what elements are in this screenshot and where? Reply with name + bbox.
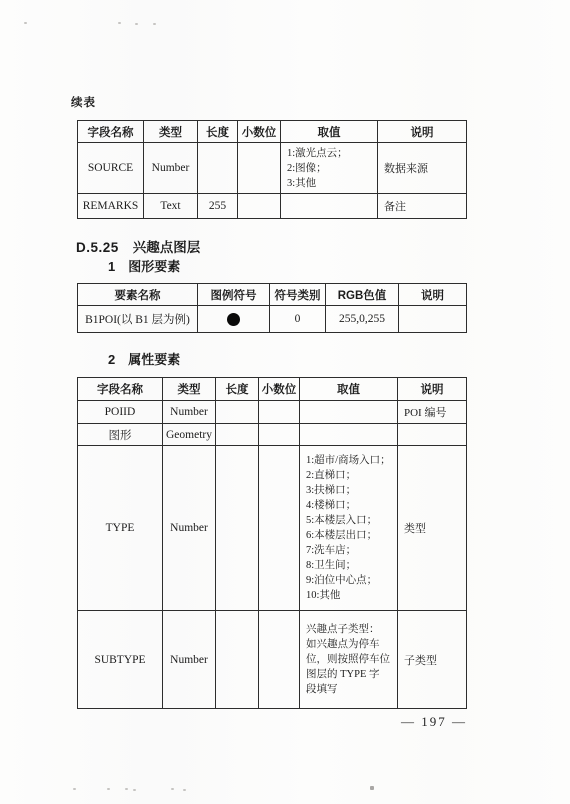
cell-description xyxy=(398,424,467,446)
header-description: 说明 xyxy=(399,284,467,306)
table-row-source: SOURCE Number 1:激光点云； 2:图像； 3:其他 数据来源 xyxy=(78,143,467,194)
cell-field-name: REMARKS xyxy=(78,194,144,219)
header-field-name: 字段名称 xyxy=(78,121,144,143)
cell-values: 1:超市/商场入口； 2:直梯口； 3:扶梯口； 4:楼梯口； 5:本楼层入口；… xyxy=(300,446,398,611)
cell-length xyxy=(198,143,238,194)
cell-type: Number xyxy=(163,611,216,709)
cell-element-name: B1POI(以 B1 层为例) xyxy=(78,306,198,333)
scan-speck xyxy=(135,23,138,25)
scan-speck xyxy=(183,789,186,791)
table-row-poiid: POIID Number POI 编号 xyxy=(78,401,467,424)
cell-type: Number xyxy=(163,401,216,424)
cell-description: 备注 xyxy=(378,194,467,219)
cell-field-name: SOURCE xyxy=(78,143,144,194)
cell-field-name: TYPE xyxy=(78,446,163,611)
cell-field-name: POIID xyxy=(78,401,163,424)
cell-length xyxy=(216,611,259,709)
scan-speck xyxy=(370,786,374,790)
cell-description: 类型 xyxy=(398,446,467,611)
scan-speck xyxy=(107,788,110,790)
scan-speck xyxy=(153,23,156,25)
header-decimals: 小数位 xyxy=(259,378,300,401)
header-symbol-class: 符号类别 xyxy=(270,284,326,306)
cell-decimals xyxy=(259,401,300,424)
document-page: 续表 字段名称 类型 长度 小数位 取值 说明 SOURCE Number 1:… xyxy=(0,0,570,804)
subsection-title: 属性要素 xyxy=(128,352,180,367)
cell-field-name: 图形 xyxy=(78,424,163,446)
header-rgb-value: RGB色值 xyxy=(326,284,399,306)
table-header-row: 字段名称 类型 长度 小数位 取值 说明 xyxy=(78,121,467,143)
filled-circle-icon xyxy=(227,313,240,326)
cell-values xyxy=(300,401,398,424)
attribute-elements-table: 字段名称 类型 长度 小数位 取值 说明 POIID Number POI 编号… xyxy=(77,377,467,709)
table-row-remarks: REMARKS Text 255 备注 xyxy=(78,194,467,219)
scan-speck xyxy=(24,22,27,24)
subsection-title: 图形要素 xyxy=(128,259,180,274)
continued-attribute-table: 字段名称 类型 长度 小数位 取值 说明 SOURCE Number 1:激光点… xyxy=(77,120,467,219)
subsection-number: 2 xyxy=(108,352,115,367)
cell-values xyxy=(281,194,378,219)
table-header-row: 要素名称 图例符号 符号类别 RGB色值 说明 xyxy=(78,284,467,306)
cell-type: Number xyxy=(163,446,216,611)
page-number: — 197 — xyxy=(398,714,470,730)
scan-speck xyxy=(125,788,128,790)
cell-field-name: SUBTYPE xyxy=(78,611,163,709)
cell-symbol-class: 0 xyxy=(270,306,326,333)
cell-rgb-value: 255,0,255 xyxy=(326,306,399,333)
cell-legend-symbol xyxy=(198,306,270,333)
header-type: 类型 xyxy=(144,121,198,143)
header-length: 长度 xyxy=(216,378,259,401)
header-type: 类型 xyxy=(163,378,216,401)
graphic-elements-table: 要素名称 图例符号 符号类别 RGB色值 说明 B1POI(以 B1 层为例) … xyxy=(77,283,467,333)
header-legend-symbol: 图例符号 xyxy=(198,284,270,306)
cell-values xyxy=(300,424,398,446)
header-decimals: 小数位 xyxy=(238,121,281,143)
header-values: 取值 xyxy=(281,121,378,143)
scan-speck xyxy=(133,789,136,791)
table-header-row: 字段名称 类型 长度 小数位 取值 说明 xyxy=(78,378,467,401)
cell-decimals xyxy=(259,446,300,611)
cell-type: Text xyxy=(144,194,198,219)
header-field-name: 字段名称 xyxy=(78,378,163,401)
cell-type: Geometry xyxy=(163,424,216,446)
header-description: 说明 xyxy=(378,121,467,143)
section-number: D.5.25 xyxy=(76,240,119,255)
subsection-heading-graphic: 1图形要素 xyxy=(108,256,180,275)
cell-length xyxy=(216,446,259,611)
table-row-type: TYPE Number 1:超市/商场入口； 2:直梯口； 3:扶梯口； 4:楼… xyxy=(78,446,467,611)
section-title: 兴趣点图层 xyxy=(133,240,201,255)
subsection-heading-attribute: 2属性要素 xyxy=(108,349,180,368)
cell-decimals xyxy=(238,143,281,194)
cell-description: 子类型 xyxy=(398,611,467,709)
subsection-number: 1 xyxy=(108,259,115,274)
cell-length xyxy=(216,401,259,424)
cell-length: 255 xyxy=(198,194,238,219)
cell-description xyxy=(399,306,467,333)
cell-decimals xyxy=(238,194,281,219)
header-values: 取值 xyxy=(300,378,398,401)
scan-speck xyxy=(73,788,76,790)
table-row-geometry: 图形 Geometry xyxy=(78,424,467,446)
cell-type: Number xyxy=(144,143,198,194)
table-row-b1poi: B1POI(以 B1 层为例) 0 255,0,255 xyxy=(78,306,467,333)
cell-length xyxy=(216,424,259,446)
cell-description: POI 编号 xyxy=(398,401,467,424)
header-length: 长度 xyxy=(198,121,238,143)
table-row-subtype: SUBTYPE Number 兴趣点子类型： 如兴趣点为停车 位，则按照停车位 … xyxy=(78,611,467,709)
cell-values: 1:激光点云； 2:图像； 3:其他 xyxy=(281,143,378,194)
cell-decimals xyxy=(259,611,300,709)
continued-table-label: 续表 xyxy=(71,94,96,110)
header-description: 说明 xyxy=(398,378,467,401)
section-heading: D.5.25兴趣点图层 xyxy=(76,236,200,256)
cell-values: 兴趣点子类型： 如兴趣点为停车 位，则按照停车位 图层的 TYPE 字 段填写 xyxy=(300,611,398,709)
cell-decimals xyxy=(259,424,300,446)
cell-description: 数据来源 xyxy=(378,143,467,194)
scan-speck xyxy=(118,22,121,24)
scan-speck xyxy=(171,788,174,790)
header-element-name: 要素名称 xyxy=(78,284,198,306)
